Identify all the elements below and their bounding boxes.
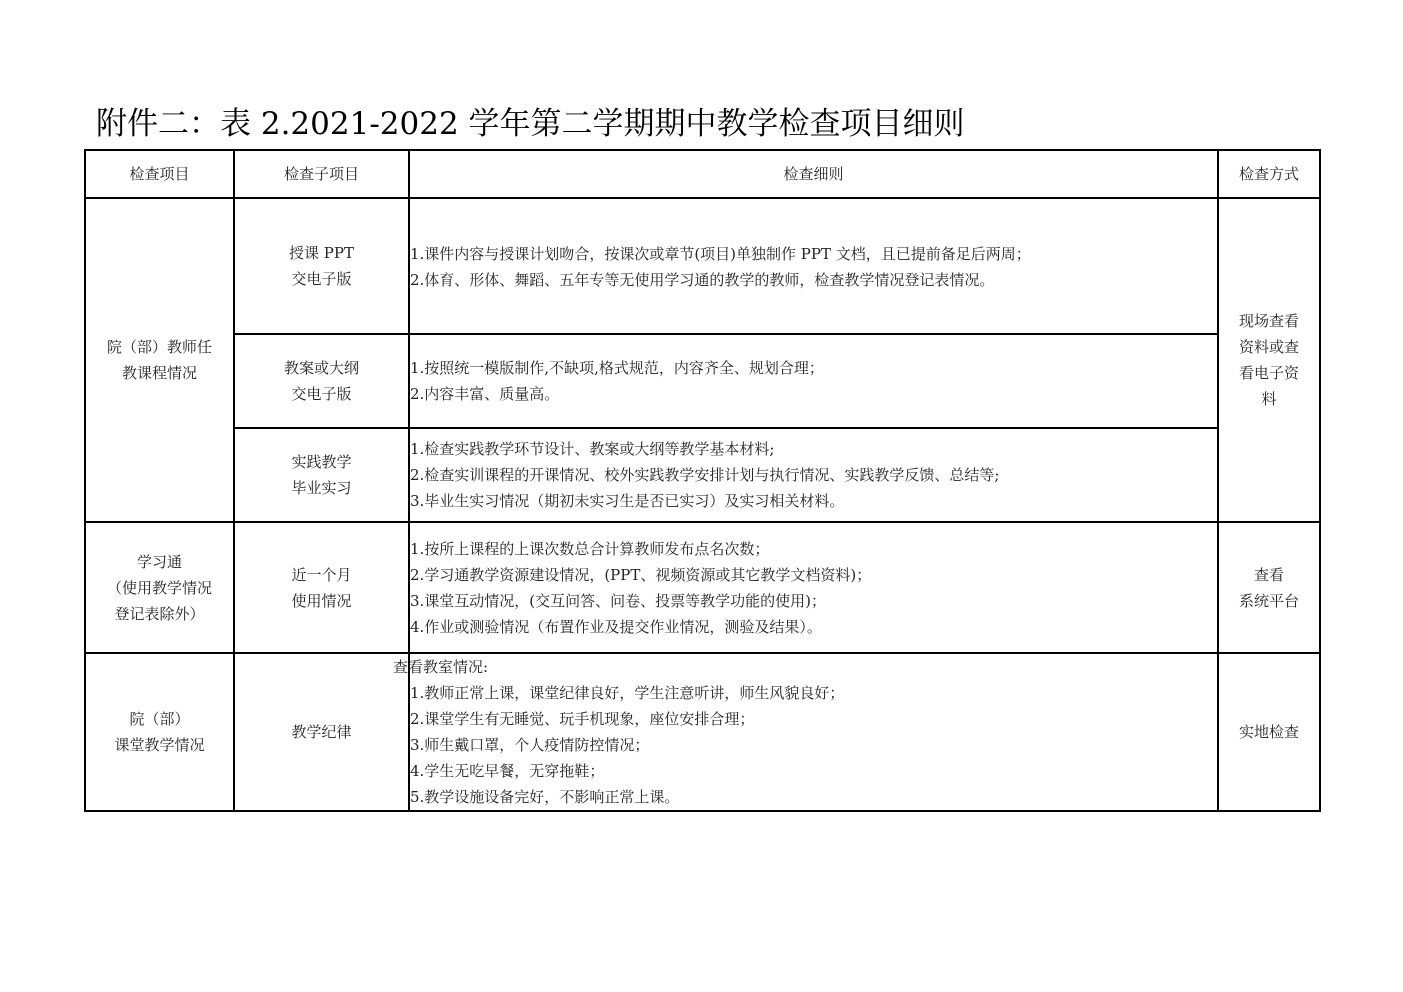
subitem-cell-lesson-plan: 教案或大纲 交电子版	[234, 334, 409, 428]
inspection-table: 检查项目 检查子项目 检查细则 检查方式 院（部）教师任 教课程情况 授课 PP…	[84, 149, 1321, 812]
header-details: 检查细则	[409, 150, 1218, 198]
detail-item: 1.按所上课程的上课次数总合计算教师发布点名次数；	[410, 536, 1217, 562]
details-cell-discipline: 查看教室情况: 1.教师正常上课，课堂纪律良好，学生注意听讲，师生风貌良好； 2…	[409, 653, 1218, 811]
header-item: 检查项目	[85, 150, 234, 198]
detail-item: 5.教学设施设备完好，不影响正常上课。	[410, 784, 1217, 810]
item-cell-classroom: 院（部） 课堂教学情况	[85, 653, 234, 811]
detail-item: 1.教师正常上课，课堂纪律良好，学生注意听讲，师生风貌良好；	[410, 680, 1217, 706]
details-cell-ppt: 1.课件内容与授课计划吻合，按课次或章节(项目)单独制作 PPT 文档，且已提前…	[409, 198, 1218, 334]
table-row: 实践教学 毕业实习 1.检查实践教学环节设计、教案或大纲等教学基本材料; 2.检…	[85, 428, 1320, 522]
item-cell-teacher-courses: 院（部）教师任 教课程情况	[85, 198, 234, 522]
subitem-cell-discipline: 教学纪律	[234, 653, 409, 811]
method-cell-field: 实地检查	[1218, 653, 1320, 811]
header-method: 检查方式	[1218, 150, 1320, 198]
document-title: 附件二：表 2.2021-2022 学年第二学期期中教学检查项目细则	[96, 104, 965, 144]
detail-item: 4.学生无吃早餐，无穿拖鞋；	[410, 758, 1217, 784]
details-cell-recent-usage: 1.按所上课程的上课次数总合计算教师发布点名次数； 2.学习通教学资源建设情况，…	[409, 522, 1218, 653]
subitem-cell-practice: 实践教学 毕业实习	[234, 428, 409, 522]
item-cell-xuexitong: 学习通 （使用教学情况 登记表除外）	[85, 522, 234, 653]
details-cell-practice: 1.检查实践教学环节设计、教案或大纲等教学基本材料; 2.检查实训课程的开课情况…	[409, 428, 1218, 522]
detail-item: 2.体育、形体、舞蹈、五年专等无使用学习通的教学的教师，检查教学情况登记表情况。	[410, 267, 1217, 293]
detail-item: 2.学习通教学资源建设情况，(PPT、视频资源或其它教学文档资料)；	[410, 562, 1217, 588]
detail-item: 3.毕业生实习情况（期初未实习生是否已实习）及实习相关材料。	[410, 488, 1217, 514]
detail-item: 4.作业或测验情况（布置作业及提交作业情况，测验及结果）。	[410, 614, 1217, 640]
detail-item: 2.检查实训课程的开课情况、校外实践教学安排计划与执行情况、实践教学反馈、总结等…	[410, 462, 1217, 488]
detail-item: 2.内容丰富、质量高。	[410, 381, 1217, 407]
detail-intro: 查看教室情况:	[393, 654, 1217, 680]
table-row: 院（部） 课堂教学情况 教学纪律 查看教室情况: 1.教师正常上课，课堂纪律良好…	[85, 653, 1320, 811]
detail-item: 1.课件内容与授课计划吻合，按课次或章节(项目)单独制作 PPT 文档，且已提前…	[410, 241, 1217, 267]
detail-item: 3.师生戴口罩，个人疫情防控情况；	[410, 732, 1217, 758]
table-row: 学习通 （使用教学情况 登记表除外） 近一个月 使用情况 1.按所上课程的上课次…	[85, 522, 1320, 653]
subitem-cell-ppt: 授课 PPT 交电子版	[234, 198, 409, 334]
table-row: 院（部）教师任 教课程情况 授课 PPT 交电子版 1.课件内容与授课计划吻合，…	[85, 198, 1320, 334]
detail-item: 3.课堂互动情况，(交互问答、问卷、投票等教学功能的使用)；	[410, 588, 1217, 614]
detail-item: 1.检查实践教学环节设计、教案或大纲等教学基本材料;	[410, 436, 1217, 462]
table-row: 教案或大纲 交电子版 1.按照统一模版制作,不缺项,格式规范，内容齐全、规划合理…	[85, 334, 1320, 428]
detail-item: 1.按照统一模版制作,不缺项,格式规范，内容齐全、规划合理；	[410, 355, 1217, 381]
details-cell-lesson-plan: 1.按照统一模版制作,不缺项,格式规范，内容齐全、规划合理； 2.内容丰富、质量…	[409, 334, 1218, 428]
method-cell-onsite: 现场查看 资料或查 看电子资 料	[1218, 198, 1320, 522]
detail-item: 2.课堂学生有无睡觉、玩手机现象，座位安排合理；	[410, 706, 1217, 732]
table-header-row: 检查项目 检查子项目 检查细则 检查方式	[85, 150, 1320, 198]
subitem-cell-recent-usage: 近一个月 使用情况	[234, 522, 409, 653]
method-cell-system: 查看 系统平台	[1218, 522, 1320, 653]
header-subitem: 检查子项目	[234, 150, 409, 198]
